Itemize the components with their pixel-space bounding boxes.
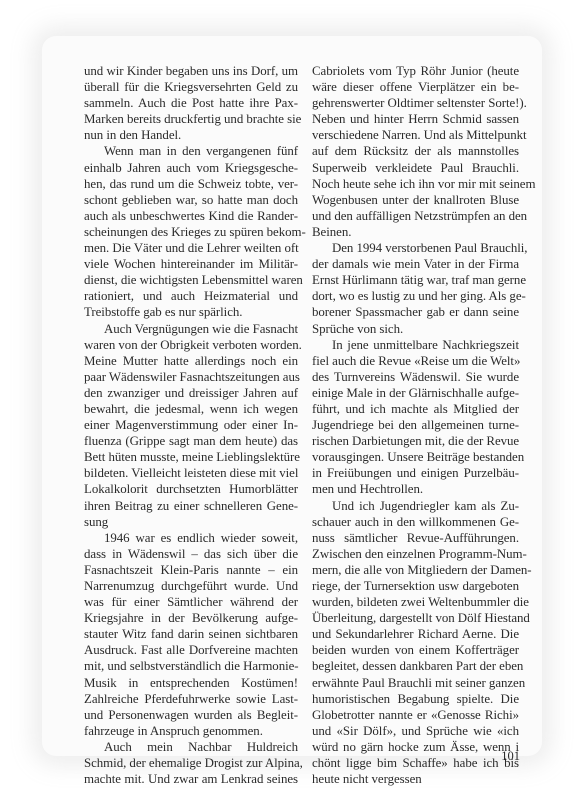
text-line: dass in Wädenswil – das sich über die bbox=[84, 546, 298, 562]
text-line: Treibstoffe gab es nur spärlich. bbox=[84, 304, 298, 320]
text-line: nuss sämtlicher Revue-Aufführungen. bbox=[312, 530, 519, 546]
text-line: heute nicht vergessen bbox=[312, 771, 519, 787]
text-line: Kriegsjahre in der Bevölkerung aufge- bbox=[84, 610, 298, 626]
text-line: begleitet, dessen dankbaren Part der ebe… bbox=[312, 658, 519, 674]
text-line: men. Die Väter und die Lehrer weilten of… bbox=[84, 240, 298, 256]
text-line: Neben und hinter Herrn Schmid sassen bbox=[312, 111, 519, 127]
text-line: gehrenswerter Oldtimer seltenster Sorte!… bbox=[312, 95, 519, 111]
text-line: dort, wo es lustig zu und her ging. Als … bbox=[312, 288, 519, 304]
text-line: dienst, die wichtigsten Lebensmittel war… bbox=[84, 272, 298, 288]
text-line: humoristischen Begabung spielte. Die bbox=[312, 691, 519, 707]
text-line: erwähnte Paul Brauchli mit seiner ganzen bbox=[312, 675, 519, 691]
text-line: in Freiübungen und einigen Purzelbäu- bbox=[312, 465, 519, 481]
left-text-column: und wir Kinder begaben uns ins Dorf, umü… bbox=[84, 63, 298, 787]
text-line: einer Magenverstimmung oder einer In- bbox=[84, 417, 298, 433]
text-line: bewahrt, die jedesmal, wenn ich wegen bbox=[84, 401, 298, 417]
text-line: Beinen. bbox=[312, 224, 519, 240]
text-line: Überleitung, dargestellt von Dölf Hiesta… bbox=[312, 610, 519, 626]
text-line: und wir Kinder begaben uns ins Dorf, um bbox=[84, 63, 298, 79]
text-line: verschiedene Narren. Und als Mittelpunkt bbox=[312, 127, 519, 143]
text-line: Auch mein Nachbar Huldreich bbox=[84, 739, 298, 755]
text-line: Zwischen den einzelnen Programm-Num- bbox=[312, 546, 519, 562]
text-line: Lokalkolorit durchsetzten Humorblätter bbox=[84, 481, 298, 497]
text-line: den zwanziger und dreissiger Jahren auf bbox=[84, 385, 298, 401]
text-line: hen, das rund um die Schweiz tobte, ver- bbox=[84, 176, 298, 192]
text-line: mit, und selbstverständlich die Harmonie… bbox=[84, 658, 298, 674]
text-line: Globetrotter nannte er «Genosse Richi» bbox=[312, 707, 519, 723]
text-line: was für einer Sämtlicher während der bbox=[84, 594, 298, 610]
text-line: riege, der Turnersektion usw dargeboten bbox=[312, 578, 519, 594]
text-line: schont geblieben war, so hatte man doch bbox=[84, 192, 298, 208]
text-line: nun in den Handel. bbox=[84, 127, 298, 143]
text-line: Auch Vergnügungen wie die Fasnacht bbox=[84, 321, 298, 337]
text-line: fluenza (Grippe sagt man dem heute) das bbox=[84, 433, 298, 449]
text-line: würd no gärn hocke zum Ässe, wenn i bbox=[312, 739, 519, 755]
text-line: und Personenwagen wurden als Begleit- bbox=[84, 707, 298, 723]
text-line: schauer auch in den willkommenen Ge- bbox=[312, 514, 519, 530]
text-line: rischen Darbietungen mit, die der Revue bbox=[312, 433, 519, 449]
text-line: wurden, bildeten zwei Weltenbummler die bbox=[312, 594, 519, 610]
text-line: Cabriolets vom Typ Röhr Junior (heute bbox=[312, 63, 519, 79]
text-line: einhalb Jahren auch vom Kriegsgesche- bbox=[84, 160, 298, 176]
text-line: Superweib verkleidete Paul Brauchli. bbox=[312, 160, 519, 176]
text-line: und den auffälligen Netzstrümpfen an den bbox=[312, 208, 519, 224]
text-line: bildeten. Vielleicht leisteten diese mit… bbox=[84, 465, 298, 481]
text-line: Jugendriege bei den allgemeinen turne- bbox=[312, 417, 519, 433]
text-line: und Sekundarlehrer Richard Aerne. Die bbox=[312, 626, 519, 642]
text-line: scheinungen des Krieges zu spüren bekom- bbox=[84, 224, 298, 240]
text-line: paar Wädenswiler Fasnachtszeitungen aus bbox=[84, 369, 298, 385]
text-line: Noch heute sehe ich ihn vor mir mit sein… bbox=[312, 176, 519, 192]
text-line: und «Sir Dölf», und Sprüche wie «ich bbox=[312, 723, 519, 739]
text-line: Sprüche von sich. bbox=[312, 321, 519, 337]
text-line: einige Male in der Glärnischhalle aufge- bbox=[312, 385, 519, 401]
text-line: Wogenbusen unter der knallroten Bluse bbox=[312, 192, 519, 208]
text-line: chönt ligge bim Schaffe» habe ich bis bbox=[312, 755, 519, 771]
text-line: fahrzeuge in Anspruch genommen. bbox=[84, 723, 298, 739]
text-line: borener Spassmacher gab er dann seine bbox=[312, 304, 519, 320]
text-line: Meine Mutter hatte allerdings noch ein bbox=[84, 353, 298, 369]
text-line: der damals wie mein Vater in der Firma bbox=[312, 256, 519, 272]
text-line: auf dem Rücksitz der als mannstolles bbox=[312, 143, 519, 159]
text-line: Und ich Jugendriegler kam als Zu- bbox=[312, 498, 519, 514]
text-line: überall für die Kriegsversehrten Geld zu bbox=[84, 79, 298, 95]
text-line: viele Wochen hintereinander im Militär- bbox=[84, 256, 298, 272]
text-line: Marken bereits druckfertig und brachte s… bbox=[84, 111, 298, 127]
text-line: Wenn man in den vergangenen fünf bbox=[84, 143, 298, 159]
text-line: sammeln. Auch die Post hatte ihre Pax- bbox=[84, 95, 298, 111]
text-line: In jene unmittelbare Nachkriegszeit bbox=[312, 337, 519, 353]
text-line: stauter Witz fand darin seinen sichtbare… bbox=[84, 626, 298, 642]
text-line: machte mit. Und zwar am Lenkrad seines bbox=[84, 771, 298, 787]
right-text-column: Cabriolets vom Typ Röhr Junior (heutewär… bbox=[312, 63, 519, 787]
text-line: sung bbox=[84, 514, 298, 530]
text-line: des Turnvereins Wädenswil. Sie wurde bbox=[312, 369, 519, 385]
text-line: 1946 war es endlich wieder soweit, bbox=[84, 530, 298, 546]
text-line: men und Hechtrollen. bbox=[312, 481, 519, 497]
text-line: waren von der Obrigkeit verboten worden. bbox=[84, 337, 298, 353]
text-line: beiden wurden von einem Kofferträger bbox=[312, 642, 519, 658]
text-line: mern, die alle von Mitgliedern der Damen… bbox=[312, 562, 519, 578]
text-line: Zahlreiche Pferdefuhrwerke sowie Last- bbox=[84, 691, 298, 707]
text-line: rationiert, und auch Heizmaterial und bbox=[84, 288, 298, 304]
text-line: wäre dieser offene Vierplätzer ein be- bbox=[312, 79, 519, 95]
text-line: Ernst Hürlimann tätig war, traf man gern… bbox=[312, 272, 519, 288]
text-line: Fasnachtszeit Klein-Paris nannte – ein bbox=[84, 562, 298, 578]
text-line: auch als unbeschwertes Kind die Rander- bbox=[84, 208, 298, 224]
text-line: Bett hüten musste, meine Lieblingslektür… bbox=[84, 449, 298, 465]
text-line: vorausgingen. Unsere Beiträge bestanden bbox=[312, 449, 519, 465]
text-line: Musik in entsprechenden Kostümen! bbox=[84, 675, 298, 691]
text-line: Ausdruck. Fast alle Dorfvereine machten bbox=[84, 642, 298, 658]
text-line: führt, und ich machte als Mitglied der bbox=[312, 401, 519, 417]
text-line: Den 1994 verstorbenen Paul Brauchli, bbox=[312, 240, 519, 256]
text-line: Narrenumzug durchgeführt wurde. Und bbox=[84, 578, 298, 594]
text-line: fiel auch die Revue «Reise um die Welt» bbox=[312, 353, 519, 369]
text-line: ihren Beitrag zu einer schnelleren Gene- bbox=[84, 498, 298, 514]
text-line: Schmid, der ehemalige Drogist zur Alpina… bbox=[84, 755, 298, 771]
page-number: 101 bbox=[496, 748, 520, 764]
